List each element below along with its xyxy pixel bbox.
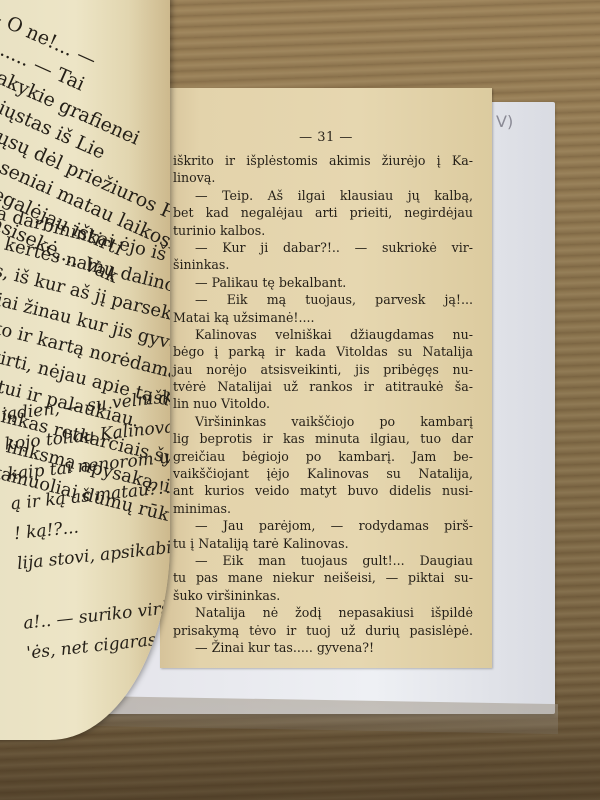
- text-line: tu į Nataliją tarė Kalinovas.: [173, 535, 473, 552]
- text-line: lin nuo Vitoldo.: [173, 395, 473, 412]
- text-line: linovą.: [173, 169, 473, 186]
- text-line: turinio kalbos.: [173, 222, 473, 239]
- text-line: ant kurios veido matyt buvo didelis nusi…: [173, 482, 473, 499]
- text-line: iškrito ir išplėstomis akimis žiurėjo į …: [173, 152, 473, 169]
- text-line: Natalija nė žodį nepasakiusi išpildė: [173, 604, 473, 621]
- page-number: — 31 —: [160, 130, 492, 145]
- right-book-page: — 31 — iškrito ir išplėstomis akimis žiu…: [160, 88, 492, 668]
- text-line: minimas.: [173, 500, 473, 517]
- text-line: — Žinai kur tas..... gyvena?!: [173, 639, 473, 656]
- text-line: tu pas mane niekur neišeisi, — piktai su…: [173, 569, 473, 586]
- text-line: — Eik man tuojaus gult!... Daugiau: [173, 552, 473, 569]
- text-line: — Palikau tę bekalbant.: [173, 274, 473, 291]
- text-line: vaikščiojant įėjo Kalinovas su Natalija,: [173, 465, 473, 482]
- text-line: bet kad negalėjau arti prieiti, negirdėj…: [173, 204, 473, 221]
- sleeve-handwritten-mark: V): [496, 112, 513, 131]
- text-line: — Kur ji dabar?!.. — sukriokė vir-: [173, 239, 473, 256]
- text-line: prisakymą tėvo ir tuoj už durių pasislėp…: [173, 622, 473, 639]
- text-line: šininkas.: [173, 256, 473, 273]
- page-text-block: iškrito ir išplėstomis akimis žiurėjo į …: [173, 152, 473, 656]
- text-line: — Jau parėjom, — rodydamas pirš-: [173, 517, 473, 534]
- text-line: Viršininkas vaikščiojo po kambarį: [173, 413, 473, 430]
- text-line: šuko viršininkas.: [173, 587, 473, 604]
- text-line: lig beprotis ir kas minuta ilgiau, tuo d…: [173, 430, 473, 447]
- text-line: bėgo į parką ir kada Vitoldas su Natalij…: [173, 343, 473, 360]
- text-line: Matai ką užsimanė!....: [173, 309, 473, 326]
- text-line: tvėrė Natalijai už rankos ir atitraukė š…: [173, 378, 473, 395]
- left-page-text-italic: iądien, — su velnišku dkojo toliau Kalin…: [0, 373, 170, 669]
- left-book-page-curved: — O ne!... — ip....... — Tai— Sakykie gr…: [0, 0, 170, 740]
- text-line: — Teip. Aš ilgai klausiau jų kalbą,: [173, 187, 473, 204]
- text-line: greičiau bėgiojo po kambarį. Jam be-: [173, 448, 473, 465]
- text-line: — Eik mą tuojaus, parvesk ją!...: [173, 291, 473, 308]
- text-line: Kalinovas velniškai džiaugdamas nu-: [173, 326, 473, 343]
- text-line: jau norėjo atsisveikinti, jis pribėgęs n…: [173, 361, 473, 378]
